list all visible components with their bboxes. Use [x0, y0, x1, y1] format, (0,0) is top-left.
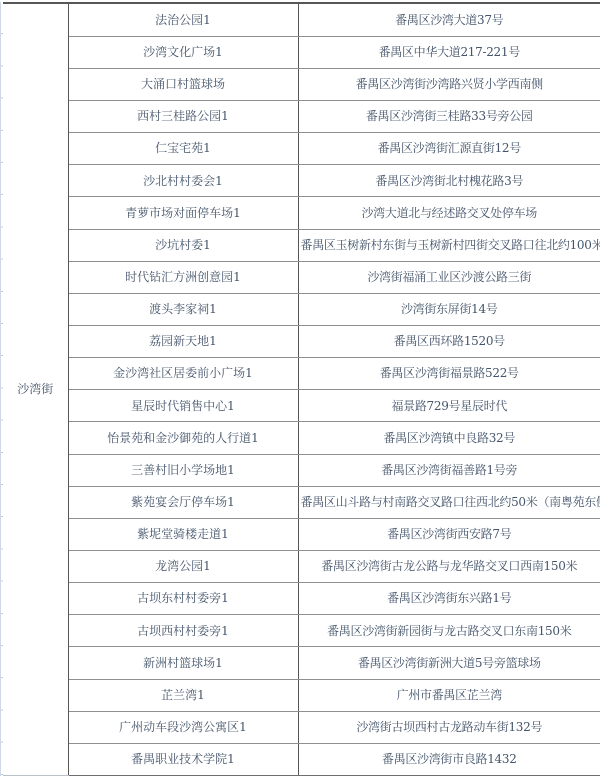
location-address-cell: 番禺区西环路1520号: [298, 325, 600, 357]
table-row: 渡头李家祠1沙湾街东屏街14号: [3, 293, 600, 325]
table-row: 紫苑宴会厅停车场1番禺区山斗路与村南路交叉路口往西北约50米（南粤苑东侧）: [3, 486, 600, 518]
location-address-cell: 番禺区沙湾街福景路522号: [298, 358, 600, 390]
location-name-cell: 沙北村村委会1: [68, 165, 298, 197]
table-row: 龙湾公园1番禺区沙湾街古龙公路与龙华路交叉口西南150米: [3, 550, 600, 582]
location-name-cell: 金沙湾社区居委前小广场1: [68, 358, 298, 390]
location-address-cell: 番禺区沙湾街西安路7号: [298, 518, 600, 550]
table-row: 怡景苑和金沙御苑的人行道1番禺区沙湾镇中良路32号: [3, 422, 600, 454]
location-address-cell: 沙湾街福涌工业区沙渡公路三街: [298, 261, 600, 293]
location-address-cell: 番禺区沙湾街北村槐花路3号: [298, 165, 600, 197]
location-name-cell: 紫苑宴会厅停车场1: [68, 486, 298, 518]
table-row: 芷兰湾1广州市番禺区芷兰湾: [3, 679, 600, 711]
location-address-cell: 番禺区沙湾街三桂路33号旁公园: [298, 100, 600, 132]
table-row: 广州动车段沙湾公寓区1沙湾街古坝西村古龙路动车街132号: [3, 711, 600, 743]
location-address-cell: 番禺区沙湾街汇源直街12号: [298, 133, 600, 165]
table-row: 沙北村村委会1番禺区沙湾街北村槐花路3号: [3, 165, 600, 197]
location-address-cell: 番禺区沙湾街古龙公路与龙华路交叉口西南150米: [298, 550, 600, 582]
location-name-cell: 龙湾公园1: [68, 550, 298, 582]
location-name-cell: 仁宝宅苑1: [68, 133, 298, 165]
location-address-cell: 沙湾街古坝西村古龙路动车街132号: [298, 711, 600, 743]
table-row: 新洲村篮球场1番禺区沙湾街新洲大道5号旁篮球场: [3, 647, 600, 679]
location-name-cell: 法治公园1: [68, 3, 298, 36]
spreadsheet-page: 沙湾街法治公园1番禺区沙湾大道37号沙湾文化广场1番禺区中华大道217-221号…: [0, 0, 600, 781]
location-address-cell: 番禺区沙湾大道37号: [298, 3, 600, 36]
location-name-cell: 星辰时代销售中心1: [68, 390, 298, 422]
location-address-cell: 沙湾大道北与经述路交叉处停车场: [298, 197, 600, 229]
location-name-cell: 古坝东村村委旁1: [68, 583, 298, 615]
location-name-cell: 三善村旧小学场地1: [68, 454, 298, 486]
table-row: 紫坭堂骑楼走道1番禺区沙湾街西安路7号: [3, 518, 600, 550]
location-name-cell: 紫坭堂骑楼走道1: [68, 518, 298, 550]
table-row: 古坝西村村委旁1番禺区沙湾街新园街与龙古路交叉口东南150米: [3, 615, 600, 647]
table-row: 沙湾街法治公园1番禺区沙湾大道37号: [3, 3, 600, 36]
location-name-cell: 荔园新天地1: [68, 325, 298, 357]
location-address-cell: 番禺区沙湾街福善路1号旁: [298, 454, 600, 486]
location-address-cell: 番禺区沙湾街东兴路1号: [298, 583, 600, 615]
location-name-cell: 芷兰湾1: [68, 679, 298, 711]
location-name-cell: 大涌口村篮球场: [68, 68, 298, 100]
location-address-cell: 番禺区沙湾街沙湾路兴贤小学西南侧: [298, 68, 600, 100]
location-name-cell: 番禺职业技术学院1: [68, 743, 298, 775]
area-label-cell: 沙湾街: [3, 3, 68, 776]
table-row: 仁宝宅苑1番禺区沙湾街汇源直街12号: [3, 133, 600, 165]
table-row: 三善村旧小学场地1番禺区沙湾街福善路1号旁: [3, 454, 600, 486]
location-address-cell: 广州市番禺区芷兰湾: [298, 679, 600, 711]
table-row: 西村三桂路公园1番禺区沙湾街三桂路33号旁公园: [3, 100, 600, 132]
table-row: 古坝东村村委旁1番禺区沙湾街东兴路1号: [3, 583, 600, 615]
table-row: 金沙湾社区居委前小广场1番禺区沙湾街福景路522号: [3, 358, 600, 390]
location-address-cell: 番禺区沙湾街新洲大道5号旁篮球场: [298, 647, 600, 679]
table-row: 荔园新天地1番禺区西环路1520号: [3, 325, 600, 357]
location-name-cell: 沙湾文化广场1: [68, 36, 298, 68]
table-row: 青萝市场对面停车场1沙湾大道北与经述路交叉处停车场: [3, 197, 600, 229]
table-body: 沙湾街法治公园1番禺区沙湾大道37号沙湾文化广场1番禺区中华大道217-221号…: [3, 3, 600, 776]
table-row: 沙坑村委1番禺区玉树新村东街与玉树新村四街交叉路口往北约100米: [3, 229, 600, 261]
location-address-cell: 番禺区沙湾街市良路1432: [298, 743, 600, 775]
location-address-cell: 番禺区玉树新村东街与玉树新村四街交叉路口往北约100米: [298, 229, 600, 261]
location-address-cell: 番禺区山斗路与村南路交叉路口往西北约50米（南粤苑东侧）: [298, 486, 600, 518]
location-name-cell: 广州动车段沙湾公寓区1: [68, 711, 298, 743]
locations-table: 沙湾街法治公园1番禺区沙湾大道37号沙湾文化广场1番禺区中华大道217-221号…: [3, 2, 600, 776]
location-address-cell: 番禺区沙湾镇中良路32号: [298, 422, 600, 454]
table-row: 番禺职业技术学院1番禺区沙湾街市良路1432: [3, 743, 600, 775]
table-row: 星辰时代销售中心1福景路729号星辰时代: [3, 390, 600, 422]
location-name-cell: 渡头李家祠1: [68, 293, 298, 325]
location-name-cell: 时代钻汇方洲创意园1: [68, 261, 298, 293]
location-address-cell: 番禺区中华大道217-221号: [298, 36, 600, 68]
location-name-cell: 沙坑村委1: [68, 229, 298, 261]
table-row: 沙湾文化广场1番禺区中华大道217-221号: [3, 36, 600, 68]
location-address-cell: 沙湾街东屏街14号: [298, 293, 600, 325]
location-name-cell: 古坝西村村委旁1: [68, 615, 298, 647]
location-address-cell: 福景路729号星辰时代: [298, 390, 600, 422]
location-name-cell: 新洲村篮球场1: [68, 647, 298, 679]
location-name-cell: 怡景苑和金沙御苑的人行道1: [68, 422, 298, 454]
table-row: 大涌口村篮球场番禺区沙湾街沙湾路兴贤小学西南侧: [3, 68, 600, 100]
location-address-cell: 番禺区沙湾街新园街与龙古路交叉口东南150米: [298, 615, 600, 647]
table-row: 时代钻汇方洲创意园1沙湾街福涌工业区沙渡公路三街: [3, 261, 600, 293]
location-name-cell: 西村三桂路公园1: [68, 100, 298, 132]
location-name-cell: 青萝市场对面停车场1: [68, 197, 298, 229]
